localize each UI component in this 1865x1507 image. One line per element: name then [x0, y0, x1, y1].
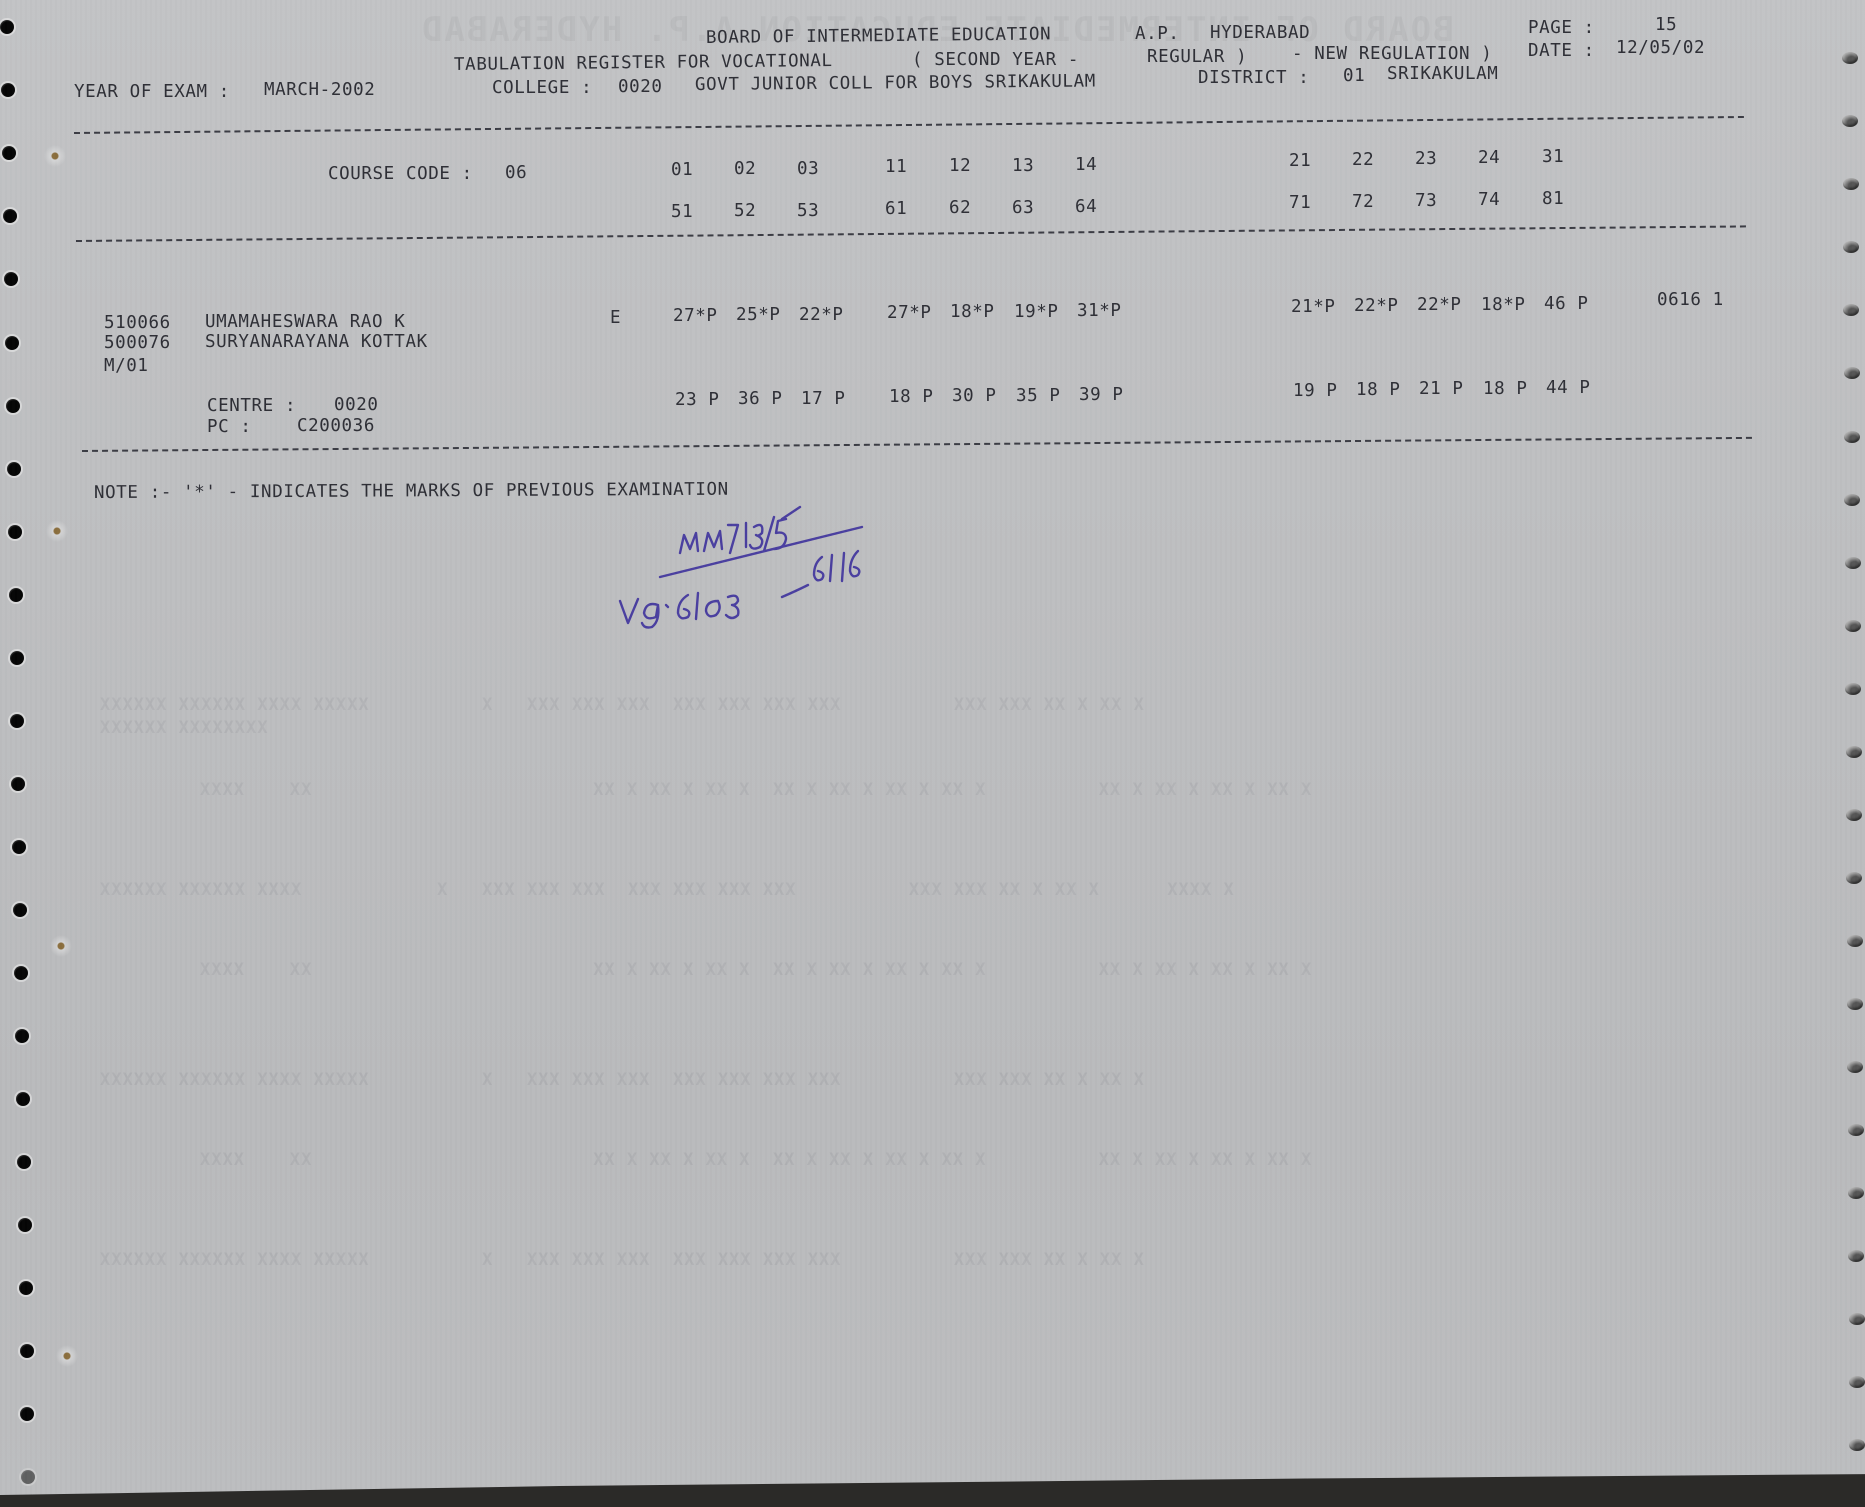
hall-ticket-number: 510066	[104, 315, 171, 333]
bleed-through-text: XXXXXX XXXXXX XXXX XXXXX X XXX XXX XXX X…	[100, 1250, 1145, 1270]
bleed-through-text: XXXX XX XX X XX X XX X XX X XX X XX X XX…	[200, 1150, 1312, 1170]
subject-code: 52	[734, 203, 756, 221]
mark-cell: 46 P	[1544, 296, 1589, 314]
student-name: UMAMAHESWARA RAO K	[205, 314, 405, 332]
subject-code: 14	[1075, 157, 1097, 175]
subject-code: 64	[1075, 199, 1097, 217]
subject-code: 13	[1012, 158, 1034, 176]
reference-number: 500076	[104, 335, 171, 353]
course-code-label: COURSE CODE :	[328, 166, 473, 184]
record-divider	[82, 437, 1752, 452]
mark-cell: 25*P	[736, 307, 781, 325]
grade-flag: E	[610, 310, 621, 328]
staple-mark	[44, 145, 66, 167]
handwritten-annotation	[600, 505, 880, 649]
mark-cell: 17 P	[801, 391, 846, 409]
mark-cell: 18 P	[889, 389, 934, 407]
subject-code: 21	[1289, 153, 1311, 171]
year-of-exam-value: MARCH-2002	[264, 82, 375, 100]
district-code: 01	[1343, 68, 1365, 86]
scanned-page: BOARD OF INTERMEDIATE EDUCATION A.P. HYD…	[0, 0, 1865, 1495]
subject-code: 02	[734, 161, 756, 179]
exam-status: REGULAR )	[1147, 49, 1247, 67]
footnote: NOTE :- '*' - INDICATES THE MARKS OF PRE…	[94, 482, 729, 503]
mark-cell: 36 P	[738, 391, 783, 409]
subject-code: 62	[949, 200, 971, 218]
year-of-exam-label: YEAR OF EXAM :	[74, 84, 230, 102]
total-result: 0616 1	[1657, 292, 1724, 310]
subject-code: 73	[1415, 193, 1437, 211]
father-name: SURYANARAYANA KOTTAK	[205, 334, 428, 352]
mark-cell: 19 P	[1293, 383, 1338, 401]
subject-code: 03	[797, 161, 819, 179]
college-name: GOVT JUNIOR COLL FOR BOYS SRIKAKULAM	[695, 74, 1096, 95]
staple-mark	[56, 1345, 78, 1367]
college-code: 0020	[618, 79, 663, 97]
regulation-label: - NEW REGULATION )	[1292, 46, 1492, 64]
centre-label: CENTRE :	[207, 398, 296, 416]
subject-code: 11	[885, 159, 907, 177]
board-title: BOARD OF INTERMEDIATE EDUCATION	[706, 26, 1051, 47]
subject-code: 53	[797, 203, 819, 221]
header-divider	[74, 116, 1744, 134]
mark-cell: 27*P	[673, 308, 718, 326]
mark-cell: 19*P	[1014, 304, 1059, 322]
state-label: A.P.	[1135, 26, 1180, 44]
subject-code: 61	[885, 201, 907, 219]
pc-label: PC :	[207, 419, 252, 437]
pc-value: C200036	[297, 418, 375, 436]
bleed-through-text: XXXX XX XX X XX X XX X XX X XX X XX X XX…	[200, 960, 1312, 980]
register-title: TABULATION REGISTER FOR VOCATIONAL	[454, 53, 833, 74]
subject-header-divider	[76, 225, 1746, 242]
mark-cell: 18*P	[1481, 297, 1526, 315]
mark-cell: 21*P	[1291, 299, 1336, 317]
staple-mark	[50, 935, 72, 957]
mark-cell: 22*P	[799, 307, 844, 325]
centre-value: 0020	[334, 397, 379, 415]
subject-code: 24	[1478, 150, 1500, 168]
subject-code: 12	[949, 158, 971, 176]
mark-cell: 22*P	[1417, 297, 1462, 315]
report-date: 12/05/02	[1616, 40, 1705, 58]
subject-code: 81	[1542, 191, 1564, 209]
staple-mark	[46, 520, 68, 542]
city-label: HYDERABAD	[1210, 25, 1310, 43]
subject-code: 72	[1352, 194, 1374, 212]
bleed-through-text: XXXXXX XXXXXX XXXX X XXX XXX XXX XXX XXX…	[100, 880, 1235, 900]
mark-cell: 27*P	[887, 305, 932, 323]
subject-code: 22	[1352, 152, 1374, 170]
bleed-through-text: XXXXXX XXXXXX XXXX XXXXX X XXX XXX XXX X…	[100, 695, 1145, 715]
mark-cell: 18*P	[950, 304, 995, 322]
college-label: COLLEGE :	[492, 80, 592, 98]
mark-cell: 30 P	[952, 388, 997, 406]
district-name: SRIKAKULAM	[1387, 66, 1498, 84]
subject-code: 23	[1415, 151, 1437, 169]
bleed-through-text: XXXXXX XXXXXX XXXX XXXXX X XXX XXX XXX X…	[100, 1070, 1145, 1090]
bleed-through-text: XXXX XX XX X XX X XX X XX X XX X XX X XX…	[200, 780, 1312, 800]
subject-code: 01	[671, 162, 693, 180]
date-label: DATE :	[1528, 43, 1595, 61]
mark-cell: 21 P	[1419, 381, 1464, 399]
subject-code: 63	[1012, 200, 1034, 218]
bleed-through-text: XXXXXX XXXXXXXX	[100, 718, 269, 738]
year-description: ( SECOND YEAR -	[912, 52, 1079, 70]
mark-cell: 18 P	[1483, 381, 1528, 399]
page-number: 15	[1655, 17, 1677, 35]
mark-cell: 44 P	[1546, 380, 1591, 398]
subject-code: 51	[671, 204, 693, 222]
mark-cell: 22*P	[1354, 298, 1399, 316]
mark-cell: 39 P	[1079, 387, 1124, 405]
handwriting-strokes	[600, 505, 880, 645]
gender-medium: M/01	[104, 358, 149, 376]
subject-code: 31	[1542, 149, 1564, 167]
subject-code: 71	[1289, 195, 1311, 213]
subject-code: 74	[1478, 192, 1500, 210]
district-label: DISTRICT :	[1198, 70, 1309, 88]
mark-cell: 18 P	[1356, 382, 1401, 400]
mark-cell: 23 P	[675, 392, 720, 410]
mark-cell: 31*P	[1077, 303, 1122, 321]
mark-cell: 35 P	[1016, 388, 1061, 406]
page-label: PAGE :	[1528, 20, 1595, 38]
course-code-value: 06	[505, 165, 527, 183]
